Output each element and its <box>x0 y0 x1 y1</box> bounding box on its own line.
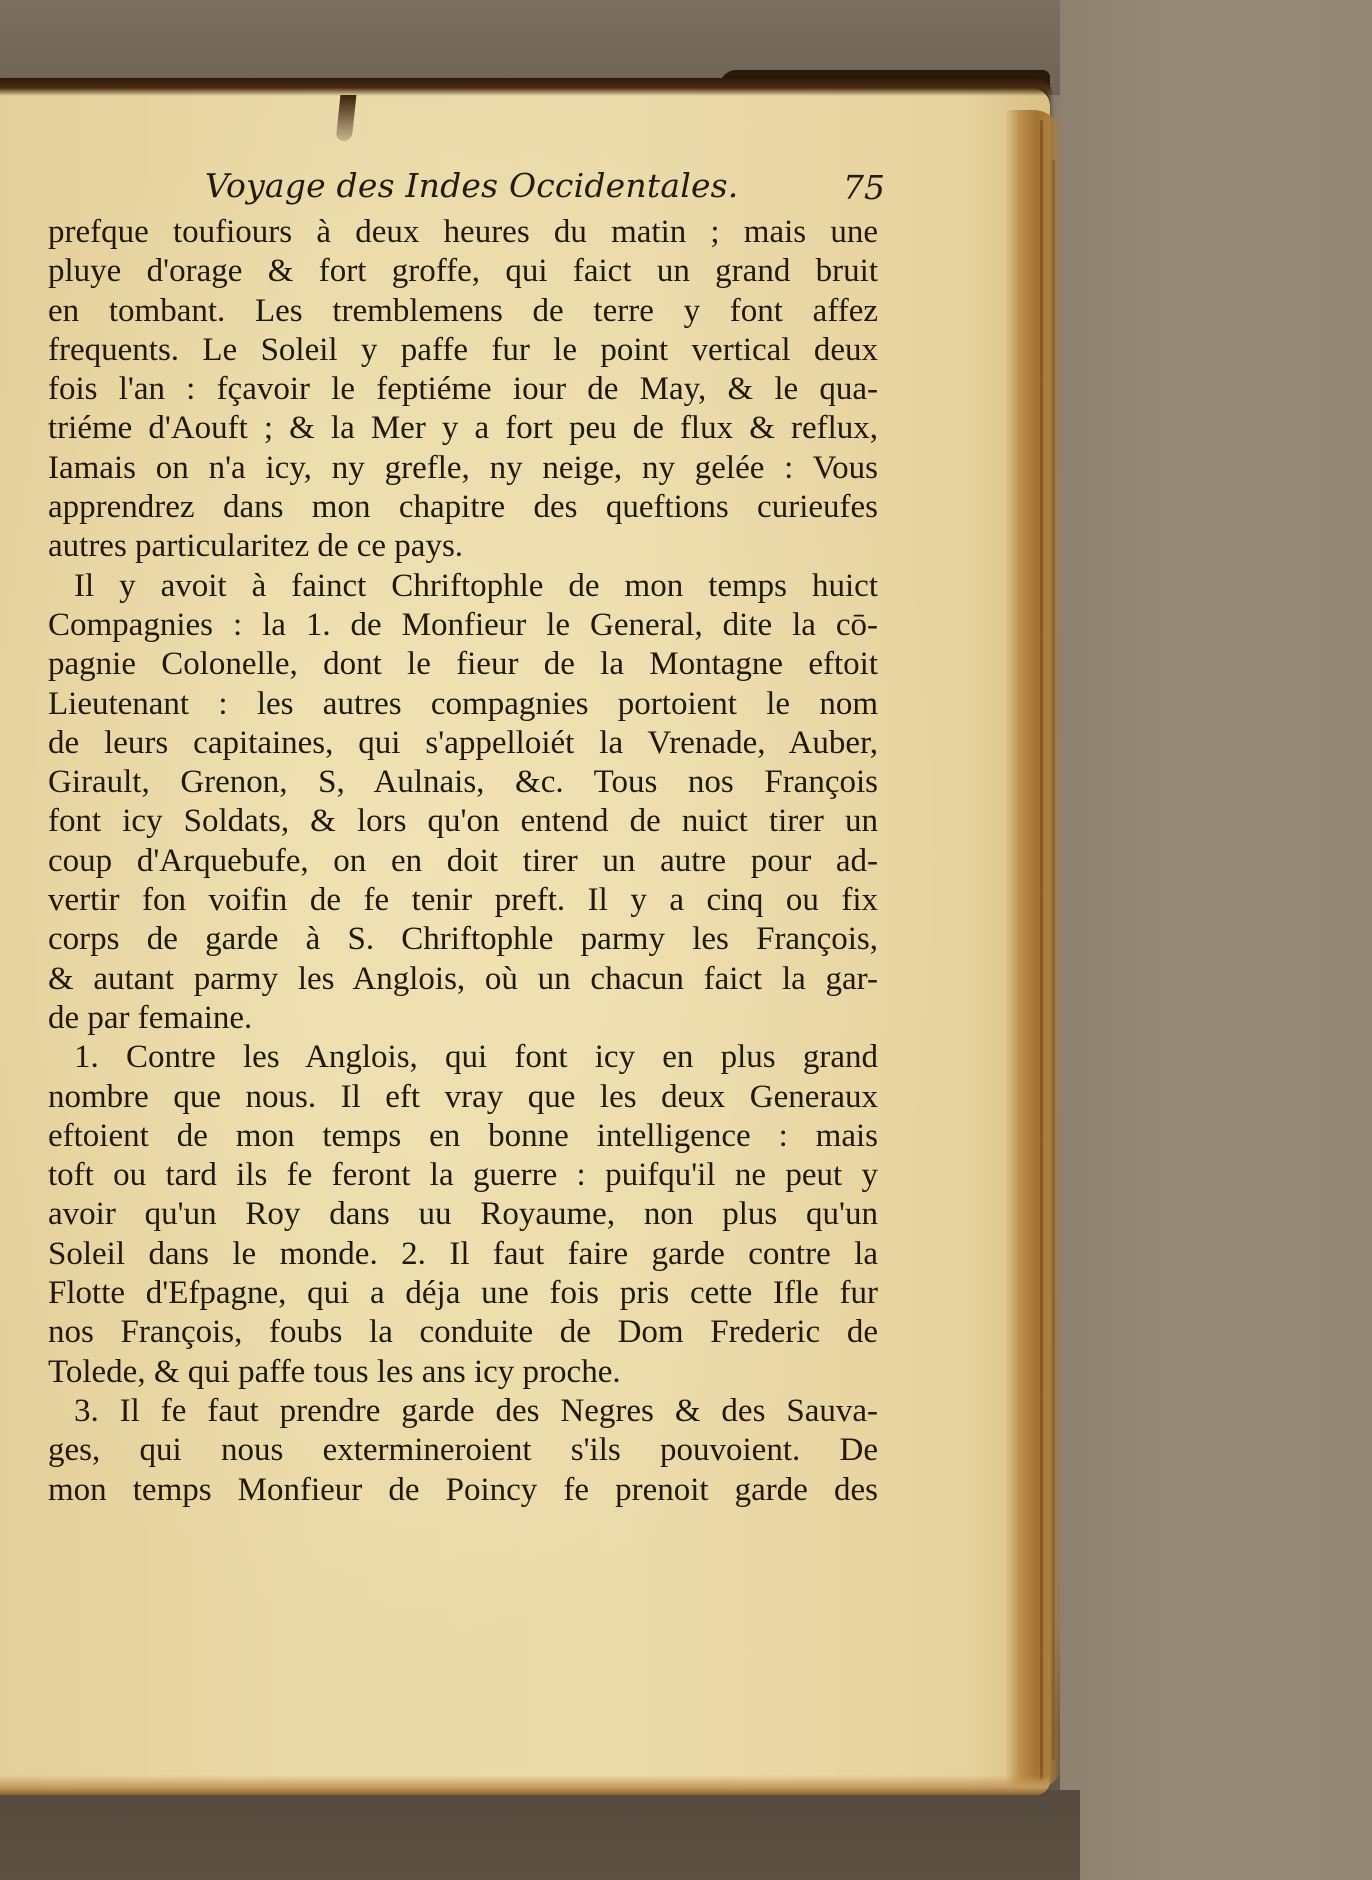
text-line: avoir qu'un Roy dans uu Royaume, non plu… <box>48 1195 878 1234</box>
text-line: toft ou tard ils fe feront la guerre : p… <box>48 1156 878 1195</box>
paragraph-start-line: 3. Il fe faut prendre garde des Negres &… <box>48 1392 878 1431</box>
text-line: Iamais on n'a icy, ny grefle, ny neige, … <box>48 449 878 488</box>
background-surface <box>1060 0 1372 1880</box>
text-line: font icy Soldats, & lors qu'on entend de… <box>48 802 878 841</box>
text-line: Girault, Grenon, S, Aulnais, &c. Tous no… <box>48 763 878 802</box>
text-line: vertir fon voifin de fe tenir preft. Il … <box>48 881 878 920</box>
body-text: prefque toufiours à deux heures du matin… <box>48 213 878 1510</box>
text-line: pluye d'orage & fort groffe, qui faict u… <box>48 252 878 291</box>
page-bottom-edge <box>0 1775 1050 1795</box>
text-line: eftoient de mon temps en bonne intellige… <box>48 1117 878 1156</box>
text-line: de par femaine. <box>48 999 878 1038</box>
page-top-edge <box>0 78 1052 96</box>
text-line: coup d'Arquebufe, on en doit tirer un au… <box>48 842 878 881</box>
text-line: Flotte d'Efpagne, qui a déja une fois pr… <box>48 1274 878 1313</box>
fore-edge-line <box>1052 160 1055 1760</box>
text-line: fois l'an : fçavoir le feptiéme iour de … <box>48 370 878 409</box>
text-line: mon temps Monfieur de Poincy fe prenoit … <box>48 1471 878 1510</box>
text-line: prefque toufiours à deux heures du matin… <box>48 213 878 252</box>
text-line: nos François, foubs la conduite de Dom F… <box>48 1313 878 1352</box>
running-title: Voyage des Indes Occidentales. <box>205 166 739 205</box>
paragraph-start-line: Il y avoit à fainct Chriftophle de mon t… <box>48 567 878 606</box>
paragraph-start-line: 1. Contre les Anglois, qui font icy en p… <box>48 1038 878 1077</box>
text-line: Soleil dans le monde. 2. Il faut faire g… <box>48 1235 878 1274</box>
text-line: de leurs capitaines, qui s'appelloiét la… <box>48 724 878 763</box>
text-line: apprendrez dans mon chapitre des queftio… <box>48 488 878 527</box>
text-line: triéme d'Aouft ; & la Mer y a fort peu d… <box>48 409 878 448</box>
background-shadow-bottom <box>0 1790 1080 1880</box>
running-head: Voyage des Indes Occidentales. 75 <box>205 166 885 216</box>
text-line: pagnie Colonelle, dont le fieur de la Mo… <box>48 645 878 684</box>
page-number: 75 <box>843 168 885 207</box>
text-line: Compagnies : la 1. de Monfieur le Genera… <box>48 606 878 645</box>
text-line: corps de garde à S. Chriftophle parmy le… <box>48 920 878 959</box>
text-line: ges, qui nous extermineroient s'ils pouv… <box>48 1431 878 1470</box>
text-line: Lieutenant : les autres compagnies porto… <box>48 685 878 724</box>
text-line: frequents. Le Soleil y paffe fur le poin… <box>48 331 878 370</box>
text-line: Tolede, & qui paffe tous les ans icy pro… <box>48 1353 878 1392</box>
text-line: en tombant. Les tremblemens de terre y f… <box>48 292 878 331</box>
fore-edge-line <box>1040 120 1043 1780</box>
text-line: & autant parmy les Anglois, où un chacun… <box>48 960 878 999</box>
text-line: autres particularitez de ce pays. <box>48 527 878 566</box>
text-line: nombre que nous. Il eft vray que les deu… <box>48 1078 878 1117</box>
